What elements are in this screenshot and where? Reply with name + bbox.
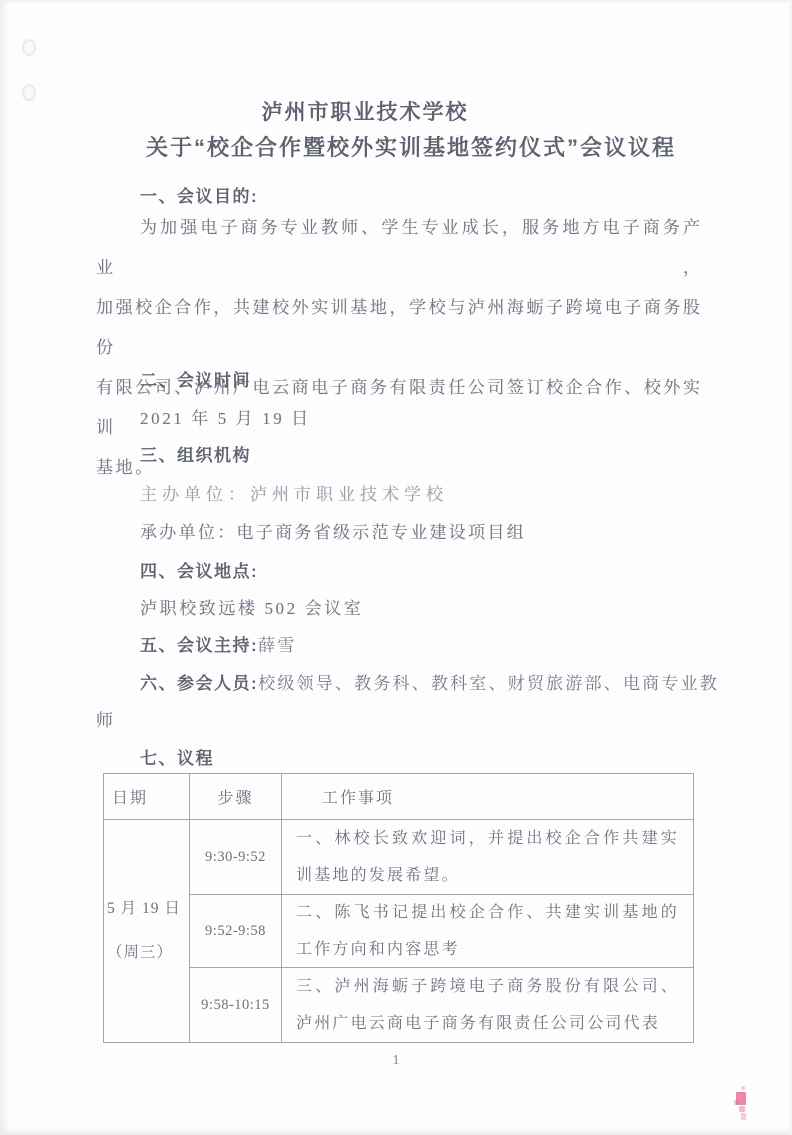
section-heading-purpose: 一、会议目的: bbox=[96, 182, 746, 207]
column-header-date: 日期 bbox=[104, 774, 189, 819]
section-heading-location: 四、会议地点: bbox=[96, 557, 746, 582]
scanned-document-page: 泸州市职业技术学校 关于“校企合作暨校外实训基地签约仪式”会议议程 一、会议目的… bbox=[0, 0, 792, 1135]
date-line: （周三） bbox=[107, 931, 189, 975]
date-cell: 5 月 19 日 （周三） bbox=[104, 819, 189, 1042]
section-heading-time: 二、会议时间 bbox=[96, 366, 746, 391]
purpose-line: 加强校企合作，共建校外实训基地，学校与泸州海蛎子跨境电子商务股份 bbox=[96, 288, 702, 368]
date-line: 5 月 19 日 bbox=[107, 887, 189, 931]
work-item-line: 二、陈飞书记提出校企合作、共建实训基地的 bbox=[296, 894, 679, 931]
time-cell: 9:30-9:52 bbox=[189, 819, 281, 894]
scan-edge-left bbox=[0, 0, 9, 1135]
attendees-line: 六、参会人员:校级领导、教务科、教科室、财贸旅游部、电商专业教 bbox=[96, 669, 746, 694]
work-item-cell: 三、泸州海蛎子跨境电子商务股份有限公司、 泸州广电云商电子商务有限责任公司公司代… bbox=[281, 967, 693, 1042]
column-header-work-item: 工作事项 bbox=[281, 774, 693, 819]
column-header-step: 步骤 bbox=[189, 774, 281, 819]
attendees-list: 校级领导、教务科、教科室、财贸旅游部、电商专业教 bbox=[258, 674, 719, 693]
location-line: 泸职校致远楼 502 会议室 bbox=[96, 594, 746, 619]
moderator-line: 五、会议主持:薛雪 bbox=[96, 631, 746, 656]
work-item-line: 一、林校长致欢迎词，并提出校企合作共建实 bbox=[296, 820, 679, 857]
work-item-line: 工作方向和内容思考 bbox=[296, 931, 679, 968]
page-number: 1 bbox=[0, 1053, 792, 1069]
time-cell: 9:52-9:58 bbox=[189, 894, 281, 967]
scan-edge-right bbox=[788, 0, 792, 1135]
moderator-name: 薛雪 bbox=[258, 636, 296, 655]
scan-edge-top bbox=[0, 0, 792, 4]
meeting-date: 2021 年 5 月 19 日 bbox=[96, 404, 746, 429]
work-item-line: 三、泸州海蛎子跨境电子商务股份有限公司、 bbox=[296, 968, 679, 1005]
agenda-table: 日期 步骤 工作事项 5 月 19 日 （周三） 9:30-9:52 一、林校长… bbox=[103, 773, 694, 1043]
purpose-line: 为加强电子商务专业教师、学生专业成长，服务地方电子商务产业， bbox=[96, 208, 702, 288]
host-unit-line: 主办单位：泸州市职业技术学校 bbox=[96, 480, 746, 505]
work-item-line: 训基地的发展希望。 bbox=[296, 857, 679, 894]
document-subtitle: 关于“校企合作暨校外实训基地签约仪式”会议议程 bbox=[0, 131, 792, 162]
attendees-label: 六、参会人员: bbox=[140, 674, 258, 693]
moderator-label: 五、会议主持: bbox=[140, 636, 258, 655]
attendees-wrap-line: 师 bbox=[96, 706, 702, 731]
section-heading-organization: 三、组织机构 bbox=[96, 441, 746, 466]
organizer-unit-line: 承办单位：电子商务省级示范专业建设项目组 bbox=[96, 518, 746, 543]
time-cell: 9:58-10:15 bbox=[189, 967, 281, 1042]
work-item-line: 泸州广电云商电子商务有限责任公司公司代表 bbox=[296, 1005, 679, 1042]
work-item-cell: 二、陈飞书记提出校企合作、共建实训基地的 工作方向和内容思考 bbox=[281, 894, 693, 967]
scan-smudge bbox=[22, 39, 36, 56]
document-title: 泸州市职业技术学校 bbox=[0, 96, 792, 126]
work-item-cell: 一、林校长致欢迎词，并提出校企合作共建实 训基地的发展希望。 bbox=[281, 819, 693, 894]
section-heading-agenda: 七、议程 bbox=[96, 744, 746, 769]
red-stamp-fragment bbox=[730, 1080, 754, 1128]
scan-edge-bottom bbox=[0, 1127, 792, 1135]
